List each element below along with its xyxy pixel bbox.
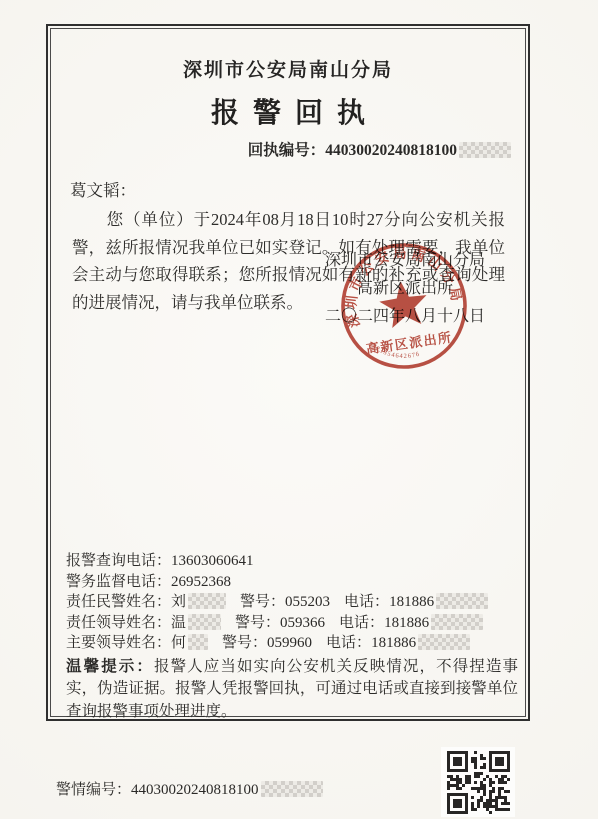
contact-info-block: 报警查询电话：13603060641 警务监督电话：26952368 责任民警姓… xyxy=(66,551,518,723)
officer-row: 责任民警姓名：刘警号：055203电话：181886 xyxy=(66,592,518,613)
signature-date: 二〇二四年八月十八日 xyxy=(313,303,497,331)
receipt-number-value: 44030020240818100 xyxy=(325,142,457,159)
redaction-mosaic xyxy=(418,634,470,650)
officer-row: 责任领导姓名：温警号：059366电话：181886 xyxy=(66,613,518,634)
officer-role-label: 主要领导姓名： xyxy=(66,635,171,651)
phone-label: 电话： xyxy=(326,635,371,651)
supervision-phone-label: 警务监督电话： xyxy=(66,574,171,590)
receipt-number-label: 回执编号： xyxy=(248,142,326,159)
phone-value: 181886 xyxy=(371,635,416,651)
phone-value: 181886 xyxy=(389,594,434,610)
org-title: 深圳市公安局南山分局 xyxy=(51,55,525,82)
qr-code xyxy=(441,747,515,817)
officer-name: 刘 xyxy=(171,594,186,610)
redaction-mosaic xyxy=(188,593,226,609)
redaction-mosaic xyxy=(436,593,488,609)
receipt-number-row: 回执编号：44030020240818100 xyxy=(51,138,525,160)
redaction-mosaic xyxy=(431,614,483,630)
document-title: 报警回执 xyxy=(51,91,525,131)
case-number-value: 44030020240818100 xyxy=(131,782,259,798)
redaction-mosaic xyxy=(459,142,511,158)
officer-role-label: 责任领导姓名： xyxy=(66,615,171,631)
document-page: 深圳市公安局南山分局 报警回执 回执编号：44030020240818100 葛… xyxy=(0,0,598,819)
signature-org-line: 深圳市公安局南山分局 xyxy=(313,247,497,275)
query-phone-label: 报警查询电话： xyxy=(66,553,171,569)
signature-station-line: 高新区派出所 xyxy=(313,275,497,303)
officer-name: 温 xyxy=(171,615,186,631)
phone-label: 电话： xyxy=(344,594,389,610)
badge-value: 059960 xyxy=(267,635,312,651)
redaction-mosaic xyxy=(188,634,208,650)
supervision-phone-value: 26952368 xyxy=(171,574,231,590)
query-phone-value: 13603060641 xyxy=(171,553,254,569)
badge-label: 警号： xyxy=(240,594,285,610)
officer-row: 主要领导姓名：何警号：059960电话：181886 xyxy=(66,633,518,654)
case-number-row: 警情编号：44030020240818100 xyxy=(56,778,323,799)
badge-label: 警号： xyxy=(235,615,280,631)
query-phone-row: 报警查询电话：13603060641 xyxy=(66,551,518,572)
phone-value: 181886 xyxy=(384,615,429,631)
badge-value: 059366 xyxy=(280,615,325,631)
phone-label: 电话： xyxy=(339,615,384,631)
badge-value: 055203 xyxy=(285,594,330,610)
warm-tips-label: 温馨提示： xyxy=(66,658,154,675)
supervision-phone-row: 警务监督电话：26952368 xyxy=(66,572,518,593)
officer-name: 何 xyxy=(171,635,186,651)
officer-role-label: 责任民警姓名： xyxy=(66,594,171,610)
redaction-mosaic xyxy=(261,781,323,797)
badge-label: 警号： xyxy=(222,635,267,651)
signature-block: 深圳市公安局南山分局 高新区派出所 二〇二四年八月十八日 xyxy=(313,247,497,331)
warm-tips: 温馨提示：报警人应当如实向公安机关反映情况，不得捏造事实，伪造证据。报警人凭报警… xyxy=(66,656,518,724)
case-number-label: 警情编号： xyxy=(56,782,131,798)
addressee-name: 葛文韬： xyxy=(51,177,525,201)
redaction-mosaic xyxy=(188,614,221,630)
